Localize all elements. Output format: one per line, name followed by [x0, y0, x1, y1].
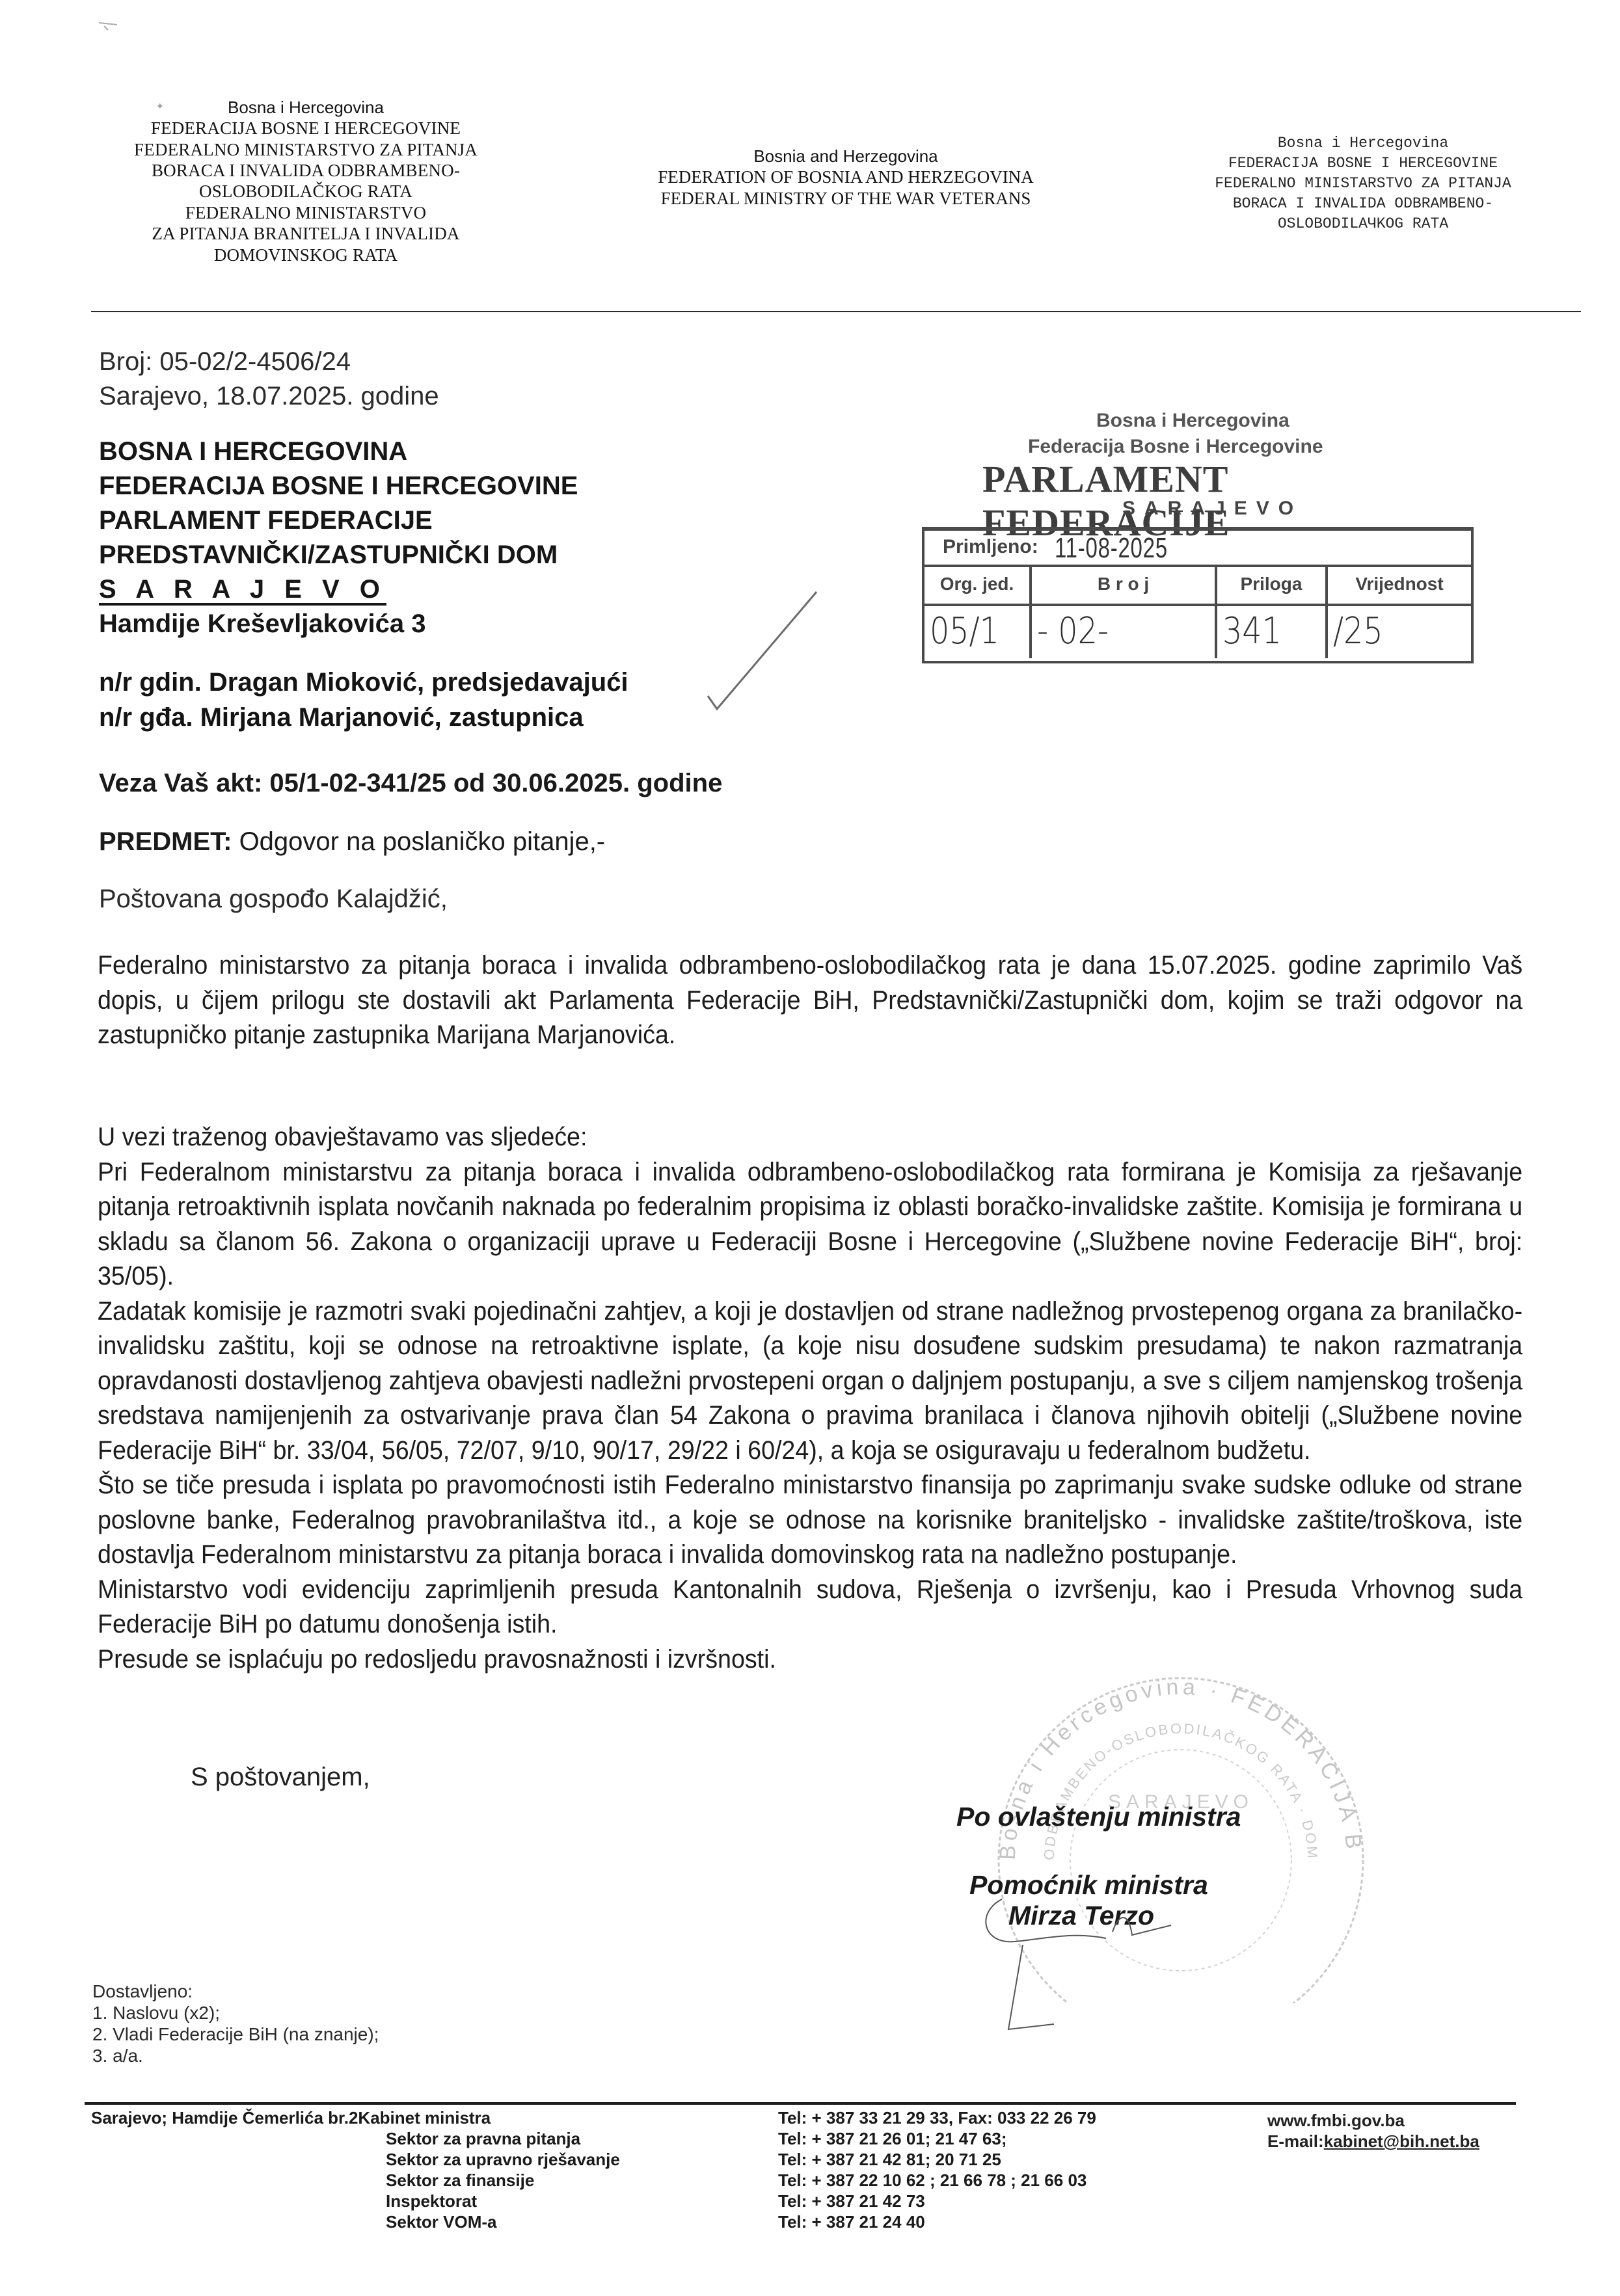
stamp-header-row: Org. jed. B r o j Priloga Vrijednost	[925, 567, 1471, 606]
letterhead-left-line: OSLOBODILAČKOG RATA	[98, 181, 514, 202]
stamp-city: SARAJEVO	[1122, 498, 1303, 520]
attention-lines: n/r gdin. Dragan Mioković, predsjedavaju…	[99, 665, 628, 735]
footer-contact: www.fmbi.gov.ba E-mail:kabinet@bih.net.b…	[1267, 2110, 1479, 2152]
stamp-header: Org. jed.	[925, 574, 1029, 594]
attention-line: n/r gđa. Mirjana Marjanović, zastupnica	[99, 700, 628, 735]
stamp-value: /25	[1333, 610, 1383, 652]
footer-phone: Tel: + 387 21 42 81; 20 71 25	[778, 2149, 1096, 2170]
stamp-line: Federacija Bosne i Hercegovine	[1028, 436, 1323, 458]
letterhead-right-line: FEDERALNO MINISTARSTVO ZA PITANJA	[1158, 174, 1568, 194]
coat-of-arms-icon: ✦	[156, 101, 165, 109]
footer-sector: Sektor VOM-a	[386, 2211, 620, 2232]
reference-number: Broj: 05-02/2-4506/24	[99, 345, 439, 379]
recipient-street: Hamdije Kreševljakovića 3	[99, 607, 578, 641]
body-paragraph: Što se tiče presuda i isplata po pravomo…	[98, 1468, 1522, 1573]
distribution-list: Dostavljeno: 1. Naslovu (x2); 2. Vladi F…	[92, 1981, 379, 2066]
footer-divider	[85, 2102, 1516, 2105]
body-paragraph: Pri Federalnom ministarstvu za pitanja b…	[98, 1155, 1522, 1294]
recipient-city: S A R A J E V O	[99, 575, 386, 604]
body-intro: U vezi traženog obavještavamo vas sljede…	[98, 1120, 1522, 1155]
recipient-address: BOSNA I HERCEGOVINA FEDERACIJA BOSNE I H…	[99, 434, 578, 641]
recipient-line: PREDSTAVNIČKI/ZASTUPNIČKI DOM	[99, 538, 578, 572]
letterhead-left: Bosna i Hercegovina FEDERACIJA BOSNE I H…	[98, 98, 514, 265]
letterhead-middle-country: Bosnia and Herzegovina	[605, 146, 1087, 167]
distribution-item: 1. Naslovu (x2);	[92, 2002, 379, 2023]
website-link[interactable]: www.fmbi.gov.ba	[1267, 2110, 1479, 2131]
email-label: E-mail:	[1267, 2131, 1324, 2151]
body-section: U vezi traženog obavještavamo vas sljede…	[98, 1120, 1522, 1677]
reference-place-date: Sarajevo, 18.07.2025. godine	[99, 379, 439, 414]
footer-phone: Tel: + 387 21 42 73	[778, 2191, 1096, 2211]
header-divider	[91, 311, 1581, 312]
footer-phone: Tel: + 387 22 10 62 ; 21 66 78 ; 21 66 0…	[778, 2170, 1096, 2191]
subject-line: PREDMET: Odgovor na poslaničko pitanje,-	[99, 827, 605, 857]
stamp-value: - 02-	[1037, 610, 1109, 652]
scan-mark-icon	[98, 20, 124, 33]
recipient-line: PARLAMENT FEDERACIJE	[99, 503, 578, 538]
stamp-header: Priloga	[1217, 574, 1325, 594]
letterhead-left-line: FEDERALNO MINISTARSTVO	[98, 202, 514, 223]
footer-sector: Sektor za upravno rješavanje	[386, 2149, 620, 2170]
handwritten-checkmark-icon	[703, 585, 833, 715]
footer-phone: Tel: + 387 21 26 01; 21 47 63;	[778, 2128, 1096, 2149]
stamp-received-row: Primljeno: 11-08-2025	[925, 531, 1471, 567]
stamp-value: 05/1	[930, 610, 999, 652]
email-link[interactable]: kabinet@bih.net.ba	[1324, 2131, 1479, 2151]
subject-label: PREDMET:	[99, 827, 232, 856]
stamp-received-label: Primljeno:	[943, 536, 1038, 558]
footer-sectors: Sektor za pravna pitanja Sektor za uprav…	[386, 2128, 620, 2232]
salutation: Poštovana gospođo Kalajdžić,	[99, 885, 448, 914]
reference-link: Veza Vaš akt: 05/1-02-341/25 od 30.06.20…	[99, 769, 722, 798]
body-paragraph: Zadatak komisije je razmotri svaki pojed…	[98, 1294, 1522, 1469]
closing: S poštovanjem,	[191, 1763, 370, 1792]
reference-block: Broj: 05-02/2-4506/24 Sarajevo, 18.07.20…	[99, 345, 439, 414]
footer-phone: Tel: + 387 21 24 40	[778, 2211, 1096, 2232]
received-stamp: Bosna i Hercegovina Federacija Bosne i H…	[908, 390, 1480, 670]
letterhead-middle-line: FEDERAL MINISTRY OF THE WAR VETERANS	[605, 188, 1087, 209]
footer-phone: Tel: + 387 33 21 29 33, Fax: 033 22 26 7…	[778, 2107, 1096, 2128]
letterhead-right-line: BORACA I INVALIDA ODBRAMBENO-	[1158, 194, 1568, 214]
stamp-line: Bosna i Hercegovina	[1096, 410, 1289, 432]
letterhead-left-line: FEDERALNO MINISTARSTVO ZA PITANJA	[98, 139, 514, 160]
subject-text: Odgovor na poslaničko pitanje,-	[232, 827, 605, 856]
footer-sector: Inspektorat	[386, 2191, 620, 2211]
letterhead-right-line: Bosna i Hercegovina	[1158, 133, 1568, 154]
stamp-value: 341	[1222, 610, 1282, 652]
distribution-item: 3. a/a.	[92, 2045, 379, 2066]
stamp-value-row: 05/1 - 02- 341 /25	[925, 606, 1471, 658]
body-paragraph: Ministarstvo vodi evidenciju zaprimljeni…	[98, 1573, 1522, 1642]
footer-sector: Sektor za finansije	[386, 2170, 620, 2191]
stamp-table: Primljeno: 11-08-2025 Org. jed. B r o j …	[922, 527, 1474, 663]
recipient-line: BOSNA I HERCEGOVINA	[99, 434, 578, 469]
letterhead-right-line: OSLOBODILAЧKOG RATA	[1158, 214, 1568, 234]
stamp-received-date: 11-08-2025	[1055, 532, 1168, 565]
letterhead-right-line: FEDERACIJA BOSNE I HERCEGOVINE	[1158, 154, 1568, 174]
footer-sector: Sektor za pravna pitanja	[386, 2128, 620, 2149]
signature-authority: Po ovlaštenju ministra	[956, 1802, 1241, 1832]
attention-line: n/r gdin. Dragan Mioković, predsjedavaju…	[99, 665, 628, 700]
letterhead-right: Bosna i Hercegovina FEDERACIJA BOSNE I H…	[1158, 133, 1568, 234]
handwritten-signature-icon	[976, 1873, 1236, 2036]
distribution-label: Dostavljeno:	[92, 1981, 379, 2002]
letterhead-left-line: BORACA I INVALIDA ODBRAMBENO-	[98, 160, 514, 181]
recipient-line: FEDERACIJA BOSNE I HERCEGOVINE	[99, 469, 578, 503]
stamp-header: Vrijednost	[1328, 574, 1471, 594]
distribution-item: 2. Vladi Federacije BiH (na znanje);	[92, 2023, 379, 2045]
stamp-header: B r o j	[1032, 574, 1215, 594]
letterhead-middle-line: FEDERATION OF BOSNIA AND HERZEGOVINA	[605, 167, 1087, 187]
letterhead-left-line: FEDERACIJA BOSNE I HERCEGOVINE	[98, 118, 514, 139]
footer-phones: Tel: + 387 33 21 29 33, Fax: 033 22 26 7…	[778, 2107, 1096, 2232]
body-paragraph: Federalno ministarstvo za pitanja boraca…	[98, 948, 1522, 1053]
letterhead-left-line: ZA PITANJA BRANITELJA I INVALIDA	[98, 223, 514, 244]
letterhead-middle: Bosnia and Herzegovina FEDERATION OF BOS…	[605, 146, 1087, 209]
footer-address: Sarajevo; Hamdije Čemerlića br.2Kabinet …	[91, 2107, 491, 2128]
letterhead-left-line: DOMOVINSKOG RATA	[98, 245, 514, 265]
